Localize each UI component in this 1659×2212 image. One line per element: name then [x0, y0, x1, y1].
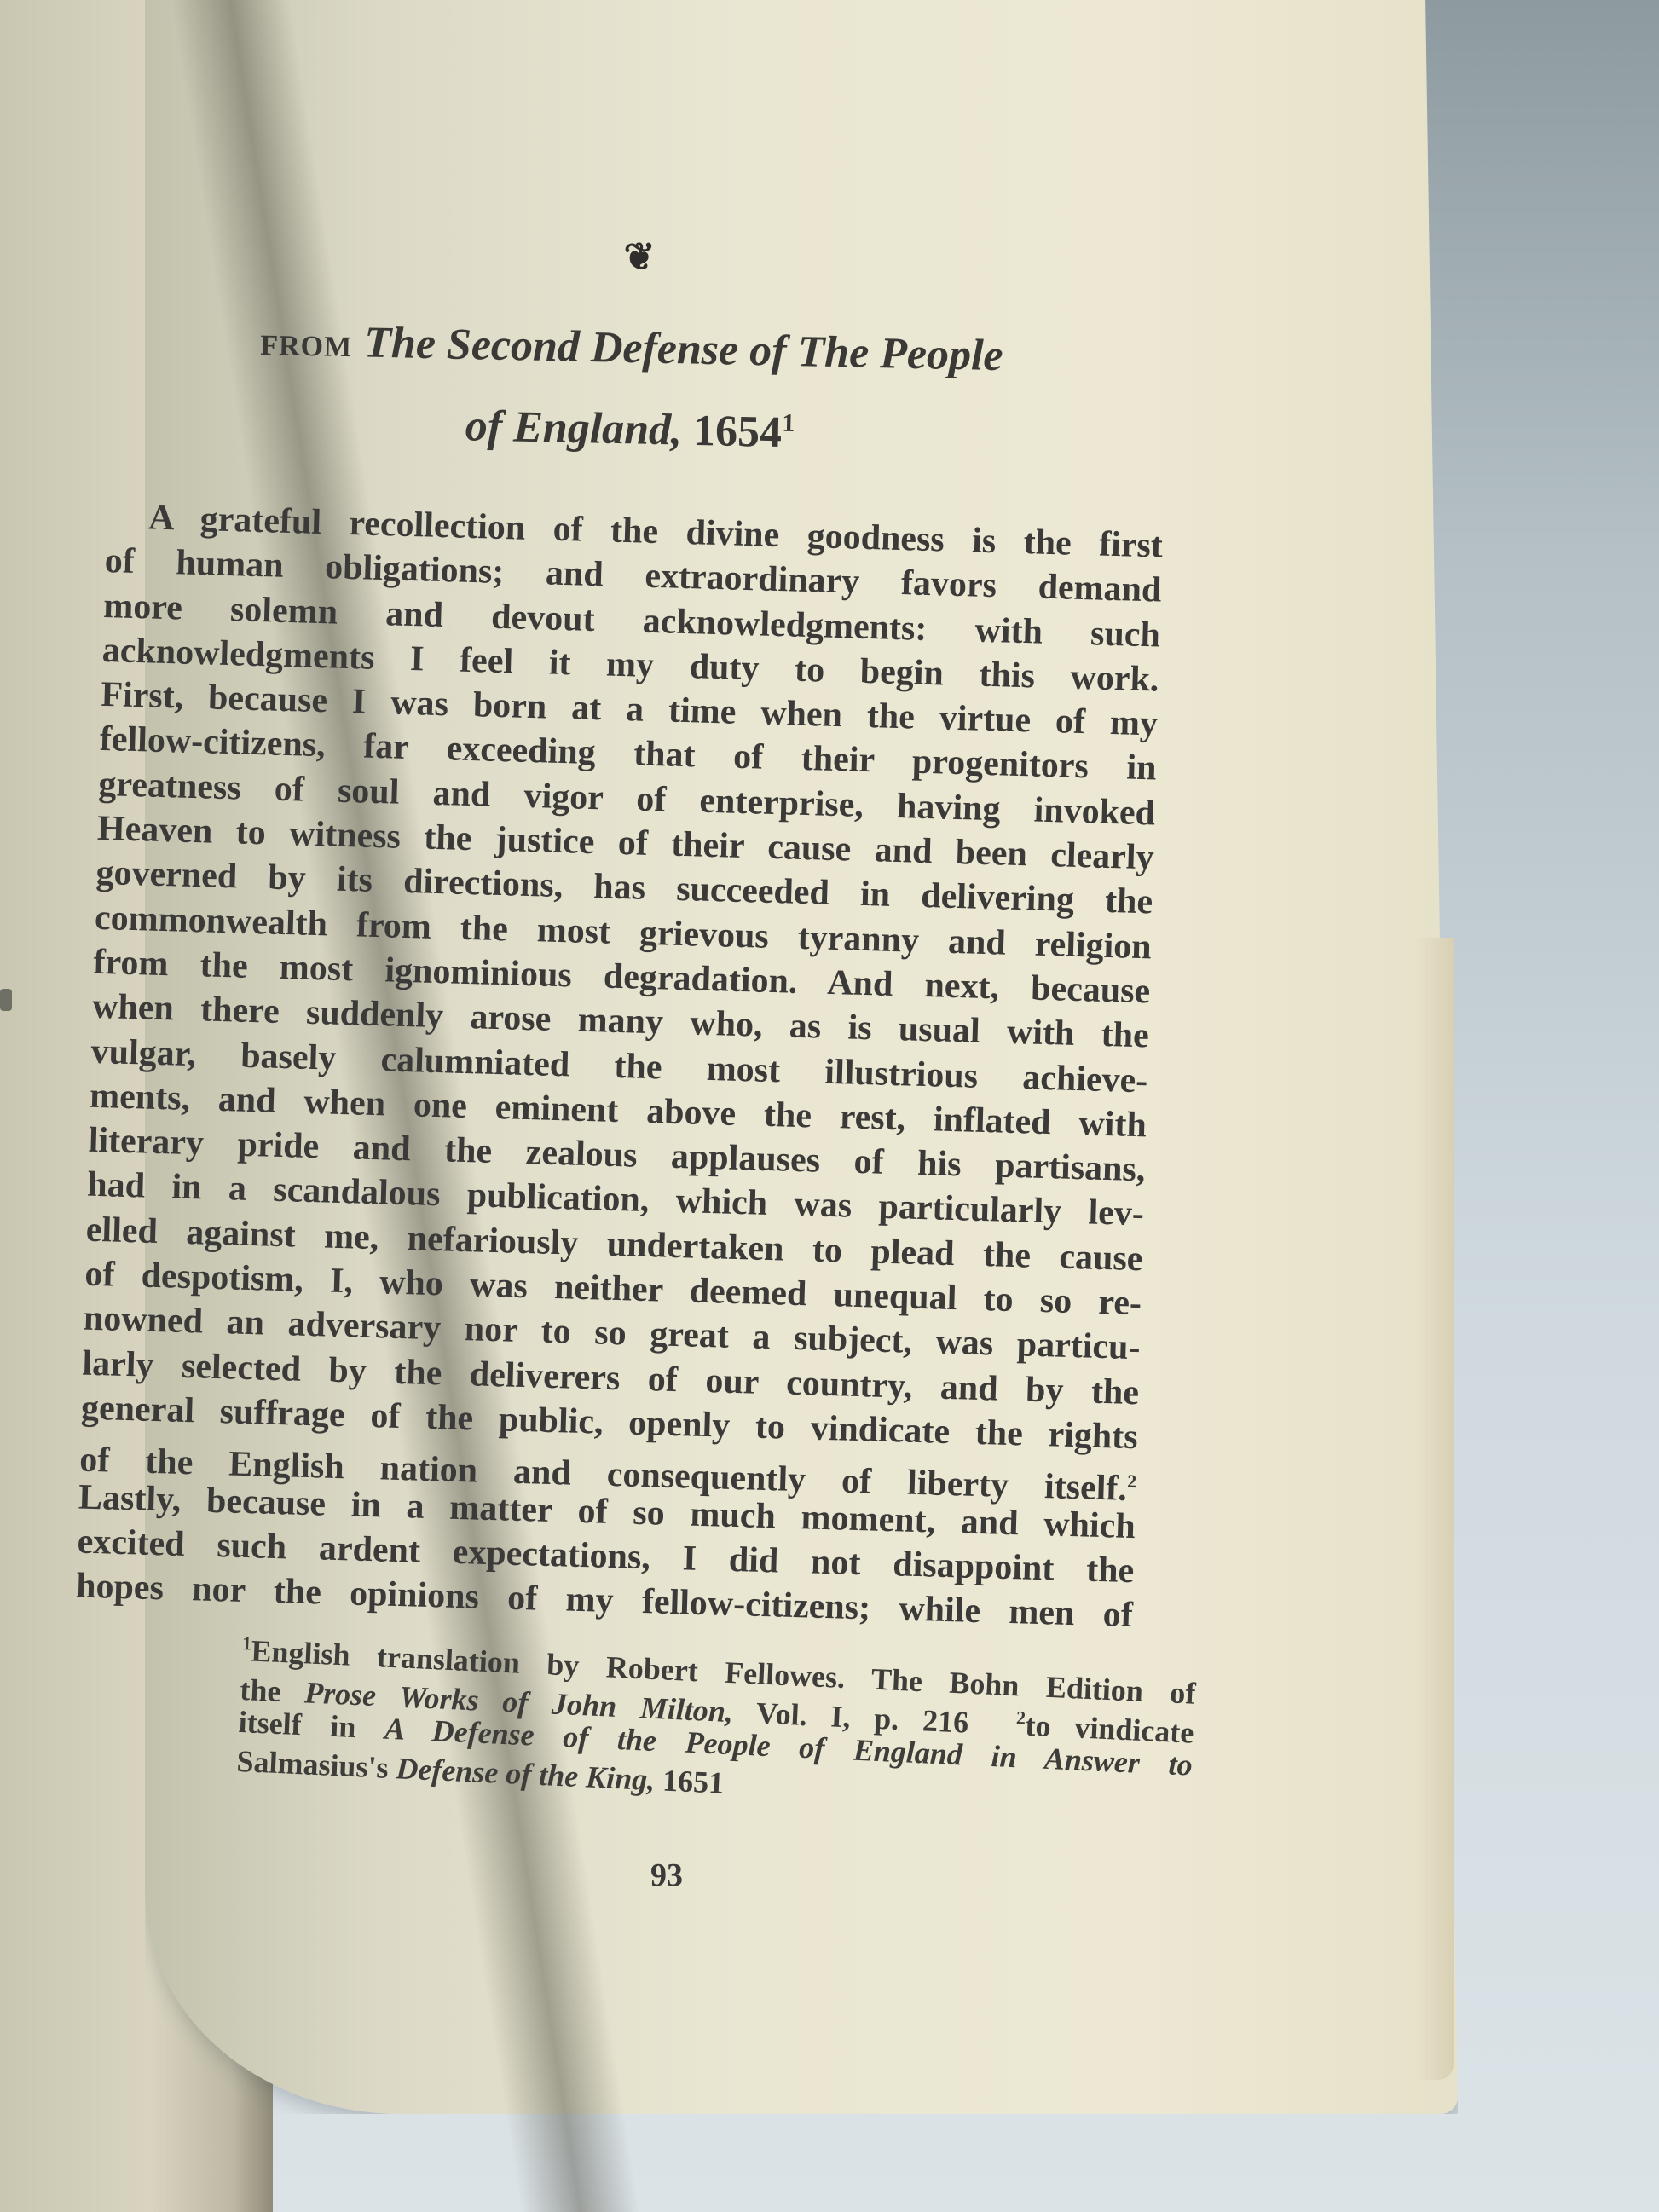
chapter-title: FROMThe Second Defense of The People of …: [169, 306, 1092, 473]
title-year: 1654: [693, 407, 783, 457]
page-content: ❦ FROMThe Second Defense of The People o…: [0, 0, 1659, 2212]
footnote-text: Salmasius's: [236, 1744, 397, 1785]
footnote-text: itself in: [238, 1705, 385, 1746]
title-line-2-text: of England,: [465, 401, 693, 455]
title-main: The Second Defense of The People: [364, 318, 1004, 380]
page-number: 93: [641, 1857, 692, 1894]
fleuron-ornament-icon: ❦: [602, 237, 677, 278]
title-prefix: FROM: [260, 330, 353, 363]
footnote-text: 1651: [654, 1763, 725, 1800]
footnotes: 1English translation by Robert Fellowes.…: [236, 1624, 1197, 1824]
footnote-2-work-title-cont: Defense of the King,: [396, 1751, 656, 1797]
title-footnote-ref: 1: [782, 409, 795, 437]
body-paragraph: A grateful recollection of the divine go…: [75, 494, 1163, 1638]
footnote-ref-2: 2: [1127, 1470, 1137, 1492]
